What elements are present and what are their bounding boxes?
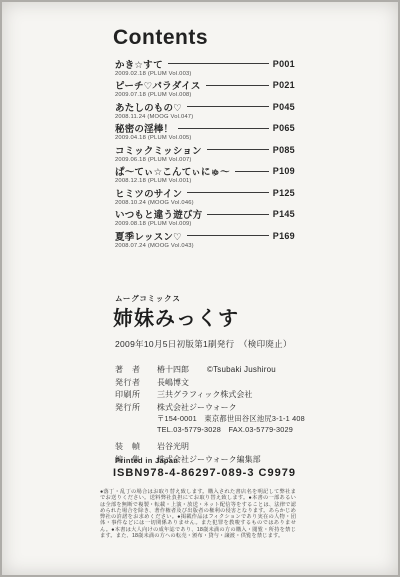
leader-line (206, 85, 269, 86)
toc-page-number: P045 (273, 102, 295, 112)
toc-page-number: P001 (273, 59, 295, 69)
publisher-person-row: 発行者長嶋博文 (115, 377, 335, 390)
publisher-label: 発行所 (115, 402, 157, 415)
toc-page-number: P109 (273, 166, 295, 176)
toc-page-number: P145 (273, 209, 295, 219)
leader-line (187, 106, 269, 107)
author-label: 著 者 (115, 364, 157, 377)
printer-name: 三共グラフィック株式会社 (157, 390, 252, 399)
toc-entry-title: ピーチ♡パラダイス (115, 78, 201, 92)
printer-row: 印刷所三共グラフィック株式会社 (115, 389, 335, 402)
toc-entry: コミックミッション P085 2009.06.18 (PLUM Vol.007) (115, 144, 295, 163)
toc-entry: 秘密の淫棒！ P065 2009.04.18 (PLUM Vol.005) (115, 123, 295, 142)
toc-entry-date: 2009.02.18 (PLUM Vol.003) (115, 71, 295, 77)
leader-line (187, 192, 269, 193)
leader-line (235, 171, 269, 172)
author-copyright: ©Tsubaki Jushirou (207, 365, 276, 374)
toc-page-number: P085 (273, 145, 295, 155)
toc-entry-date: 2008.10.24 (MOOG Vol.046) (115, 200, 295, 206)
toc-entry-date: 2009.04.18 (PLUM Vol.005) (115, 135, 295, 141)
toc-entry: ヒミツのサイン P125 2008.10.24 (MOOG Vol.046) (115, 187, 295, 206)
publisher-row: 発行所株式会社ジーウォーク (115, 402, 335, 415)
toc-entry: ピーチ♡パラダイス P021 2009.07.18 (PLUM Vol.008) (115, 80, 295, 99)
toc-entry-title: あたしのもの♡ (115, 100, 182, 114)
colophon-page: Contents かき☆すて P001 2009.02.18 (PLUM Vol… (0, 0, 400, 577)
toc-page-number: P021 (273, 80, 295, 90)
table-of-contents: かき☆すて P001 2009.02.18 (PLUM Vol.003) ピーチ… (115, 58, 295, 252)
toc-entry-title: 秘密の淫棒！ (115, 121, 173, 135)
toc-entry-title: いつもと違う遊び方 (115, 207, 202, 221)
colophon-table: 著 者椿十四郎©Tsubaki Jushirou 発行者長嶋博文 印刷所三共グラ… (115, 364, 335, 467)
toc-entry-date: 2009.06.18 (PLUM Vol.007) (115, 157, 295, 163)
toc-page-number: P125 (273, 188, 295, 198)
toc-entry: かき☆すて P001 2009.02.18 (PLUM Vol.003) (115, 58, 295, 77)
publisher-person-name: 長嶋博文 (157, 378, 189, 387)
publisher-name: 株式会社ジーウォーク (157, 403, 237, 412)
book-title: 姉妹みっくす (113, 302, 239, 331)
toc-entry-title: ヒミツのサイン (115, 186, 182, 200)
toc-entry: いつもと違う遊び方 P145 2009.08.18 (PLUM Vol.009) (115, 209, 295, 228)
toc-entry-date: 2008.07.24 (MOOG Vol.043) (115, 243, 295, 249)
toc-entry-date: 2009.07.18 (PLUM Vol.008) (115, 92, 295, 98)
leader-line (168, 63, 269, 64)
toc-entry-title: かき☆すて (115, 57, 163, 71)
printed-in-japan: Printed in Japan (115, 456, 178, 465)
toc-entry-title: コミックミッション (115, 143, 202, 157)
publisher-phones: TEL.03-5779-3028 FAX.03-5779-3029 (157, 425, 335, 436)
author-row: 著 者椿十四郎©Tsubaki Jushirou (115, 364, 335, 377)
contents-heading: Contents (113, 26, 208, 50)
leader-line (207, 214, 268, 215)
toc-entry-title: ぱ〜てぃ☆こんてぃにゅ〜 (115, 164, 230, 178)
publisher-person-label: 発行者 (115, 377, 157, 390)
toc-page-number: P169 (273, 231, 295, 241)
edition-line: 2009年10月5日初版第1刷発行 （検印廃止） (115, 338, 292, 350)
author-name: 椿十四郎 (157, 365, 189, 374)
toc-entry-date: 2008.12.18 (PLUM Vol.001) (115, 178, 295, 184)
isbn-code: ISBN978-4-86297-089-3 C9979 (113, 467, 296, 479)
toc-entry: 夏季レッスン♡ P169 2008.07.24 (MOOG Vol.043) (115, 230, 295, 249)
designer-name: 岩谷光明 (157, 442, 189, 451)
design-row: 装 幀岩谷光明 (115, 441, 335, 454)
leader-line (187, 235, 269, 236)
toc-entry: あたしのもの♡ P045 2008.11.24 (MOOG Vol.047) (115, 101, 295, 120)
publisher-address: 〒154-0001 東京都世田谷区池尻3-1-1 408 (157, 414, 335, 425)
toc-entry-date: 2008.11.24 (MOOG Vol.047) (115, 114, 295, 120)
toc-page-number: P065 (273, 123, 295, 133)
leader-line (207, 149, 269, 150)
legal-fine-print: ●落丁・乱丁の場合はお取り替え致します。購入された書店名を明記して弊社までお送り… (100, 489, 296, 539)
printer-label: 印刷所 (115, 389, 157, 402)
toc-entry-date: 2009.08.18 (PLUM Vol.009) (115, 221, 295, 227)
leader-line (178, 128, 269, 129)
design-label: 装 幀 (115, 441, 157, 454)
toc-entry-title: 夏季レッスン♡ (115, 229, 182, 243)
toc-entry: ぱ〜てぃ☆こんてぃにゅ〜 P109 2008.12.18 (PLUM Vol.0… (115, 166, 295, 185)
